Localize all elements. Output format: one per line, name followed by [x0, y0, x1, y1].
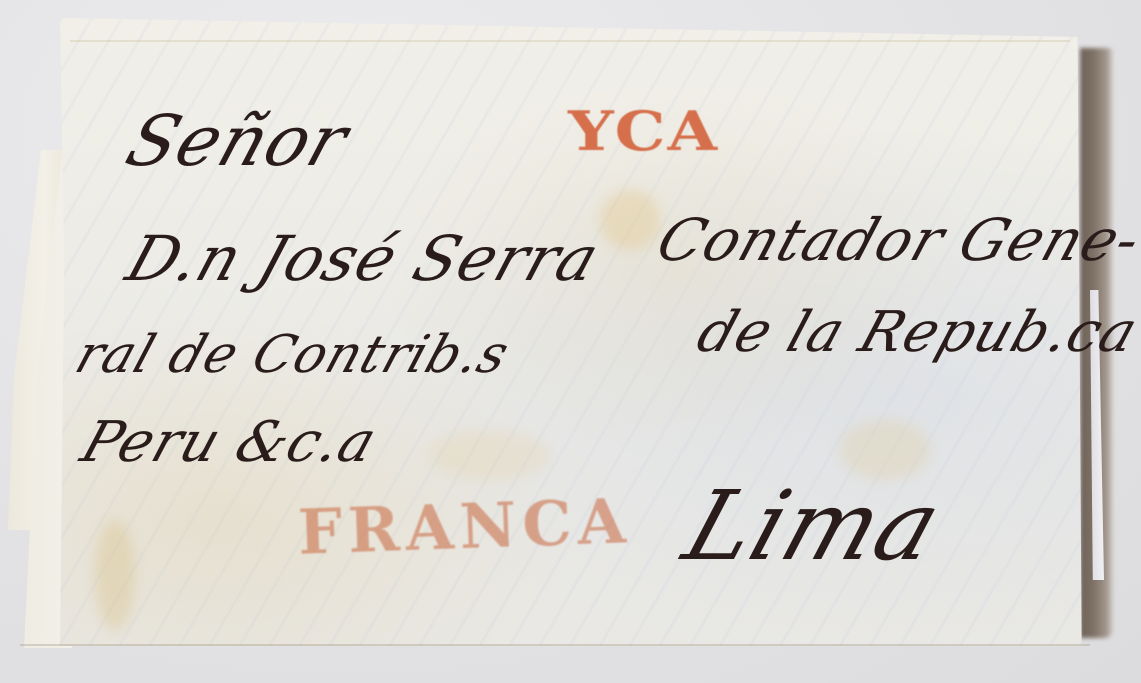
paper-stain [430, 430, 550, 480]
postmark-origin: YCA [568, 105, 719, 159]
handwritten-recipient-title: Contador Gene- [649, 206, 1141, 274]
postmark-franca: FRANCA [297, 490, 633, 564]
bottom-edge-line [20, 644, 1090, 646]
handwritten-recipient-name: D.n José Serra [118, 222, 608, 295]
handwritten-city: Lima [672, 470, 955, 582]
paper-stain [95, 520, 135, 630]
paper-stain [600, 190, 660, 250]
handwritten-address-line2-start: ral de Contrib.s [68, 325, 517, 385]
handwritten-address-line3: Peru &c.a [73, 410, 384, 475]
top-fold-line [70, 40, 1070, 42]
handwritten-salutation: Señor [117, 100, 359, 182]
handwritten-address-line2-end: de la Repub.ca del [689, 300, 1141, 365]
